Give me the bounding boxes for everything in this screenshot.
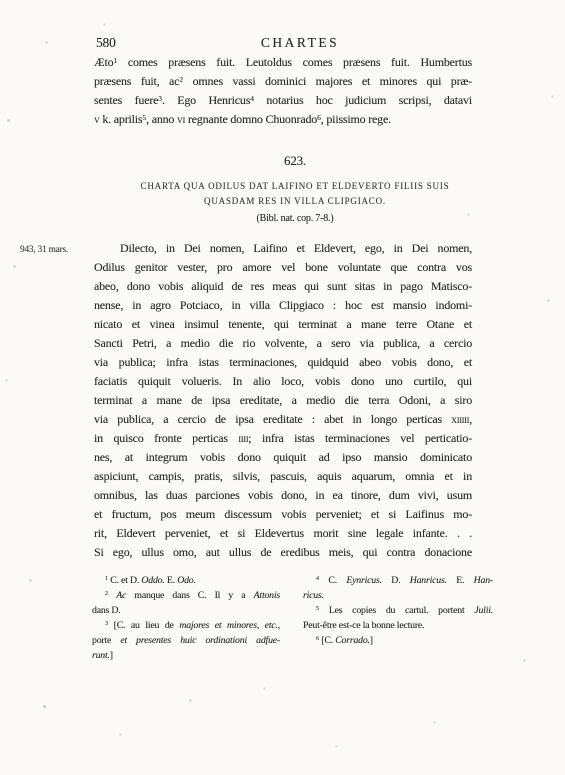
text-line: ricus. (303, 588, 493, 603)
intro-paragraph: Æto1 comes præsens fuit. Leutoldus comes… (94, 53, 472, 129)
scan-noise (0, 0, 1, 1)
text-line: faciatis quiquit volueris. In alio loco,… (94, 372, 472, 391)
charter-title-line2: QUASDAM RES IN VILLA CLIPGIACO. (105, 196, 485, 206)
book-page-scan: 580 CHARTES Æto1 comes præsens fuit. Leu… (0, 0, 565, 775)
footnotes-left-column: 1 C. et D. Oddo. E. Odo.2 Ac manque dans… (92, 573, 280, 663)
text-line: nicato et vinea insimul tenente, qui ter… (94, 315, 472, 334)
text-line: dans D. (92, 603, 280, 618)
text-line: 1 C. et D. Oddo. E. Odo. (92, 573, 280, 588)
text-line: omnibus, las duas parciones vobis dono, … (94, 486, 472, 505)
text-line: porte et presentes huic ordinationi adfu… (92, 633, 280, 648)
text-line: rit, Eldevert perveniet, et si Eldevertu… (94, 524, 472, 543)
text-line: 3 [C. au lieu de majores et minores, etc… (92, 618, 280, 633)
charter-number: 623. (105, 153, 485, 169)
text-line: 6 [C. Corrado.] (303, 633, 493, 648)
charter-title-line1: CHARTA QUA ODILUS DAT LAIFINO ET ELDEVER… (105, 181, 485, 191)
footnotes-right-column: 4 C. Eynricus. D. Hanricus. E. Han-ricus… (303, 573, 493, 648)
text-line: 5 Les copies du cartul. portent Julii. (303, 603, 493, 618)
text-line: sentes fuere3. Ego Henricus4 notarius ho… (94, 91, 472, 110)
text-line: abeo, dono vobis aliquid de res meas qui… (94, 277, 472, 296)
text-line: v k. aprilis5, anno vi regnante domno Ch… (94, 110, 472, 129)
text-line: nes, at integrum vobis dono quiquit ad i… (94, 448, 472, 467)
text-line: aspiciunt, campis, pratis, silvis, pascu… (94, 467, 472, 486)
text-line: via publica, a cercio de ipsa ereditate … (94, 410, 472, 429)
text-line: præsens fuit, ac2 omnes vassi dominici m… (94, 72, 472, 91)
text-line: nense, in agro Potciaco, in villa Clipgi… (94, 296, 472, 315)
text-line: terminat a mane de ipsa ereditate, a med… (94, 391, 472, 410)
text-line: Odilus genitor vester, pro amore vel bon… (94, 258, 472, 277)
margin-date-note: 943, 31 mars. (20, 245, 92, 255)
text-line: in quisco fronte perticas iiii; infra is… (94, 429, 472, 448)
text-line: Si ego, ullus omo, aut ullus de eredibus… (94, 543, 472, 562)
text-line: Sancti Petri, a medio die rio volvente, … (94, 334, 472, 353)
text-line: et fructum, pos meum discessum vobis per… (94, 505, 472, 524)
text-line: Æto1 comes præsens fuit. Leutoldus comes… (94, 53, 472, 72)
running-title: CHARTES (120, 35, 480, 51)
text-line: via publica; infra istas terminaciones, … (94, 353, 472, 372)
charter-body-paragraph: Dilecto, in Dei nomen, Laifino et Eldeve… (94, 239, 472, 562)
text-line: runt.] (92, 648, 280, 663)
text-line: 4 C. Eynricus. D. Hanricus. E. Han- (303, 573, 493, 588)
page-number: 580 (96, 35, 116, 51)
text-line: Dilecto, in Dei nomen, Laifino et Eldeve… (94, 239, 472, 258)
text-line: 2 Ac manque dans C. Il y a Attonis (92, 588, 280, 603)
source-reference: (Bibl. nat. cop. 7-8.) (105, 213, 485, 224)
text-line: Peut-être est-ce la bonne lecture. (303, 618, 493, 633)
